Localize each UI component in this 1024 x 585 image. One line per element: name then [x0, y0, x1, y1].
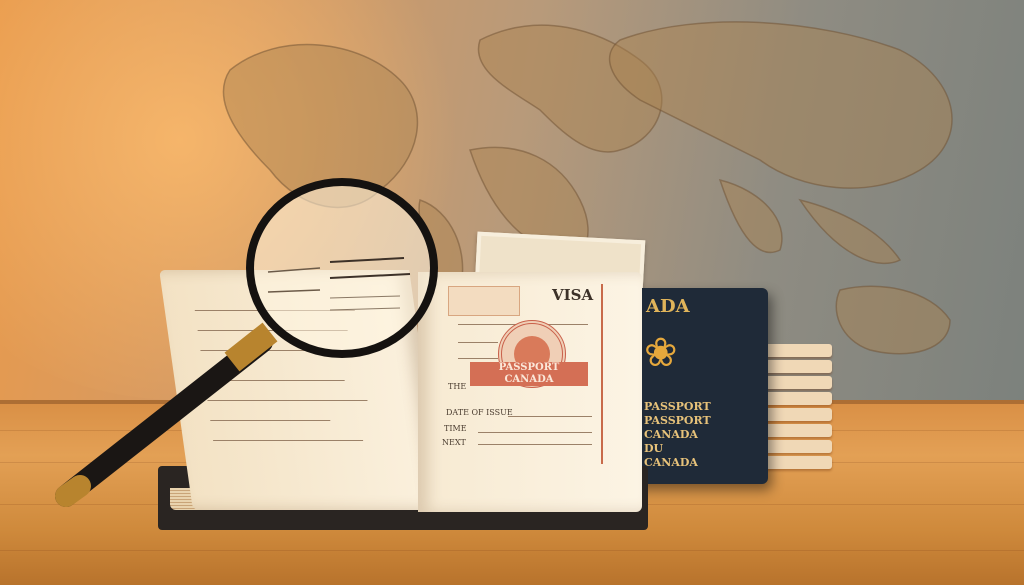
scene: ADA ❀ PASSPORT PASSPORT CANADA DU CANADA… [0, 0, 1024, 585]
magnifying-glass-icon [0, 0, 1024, 585]
